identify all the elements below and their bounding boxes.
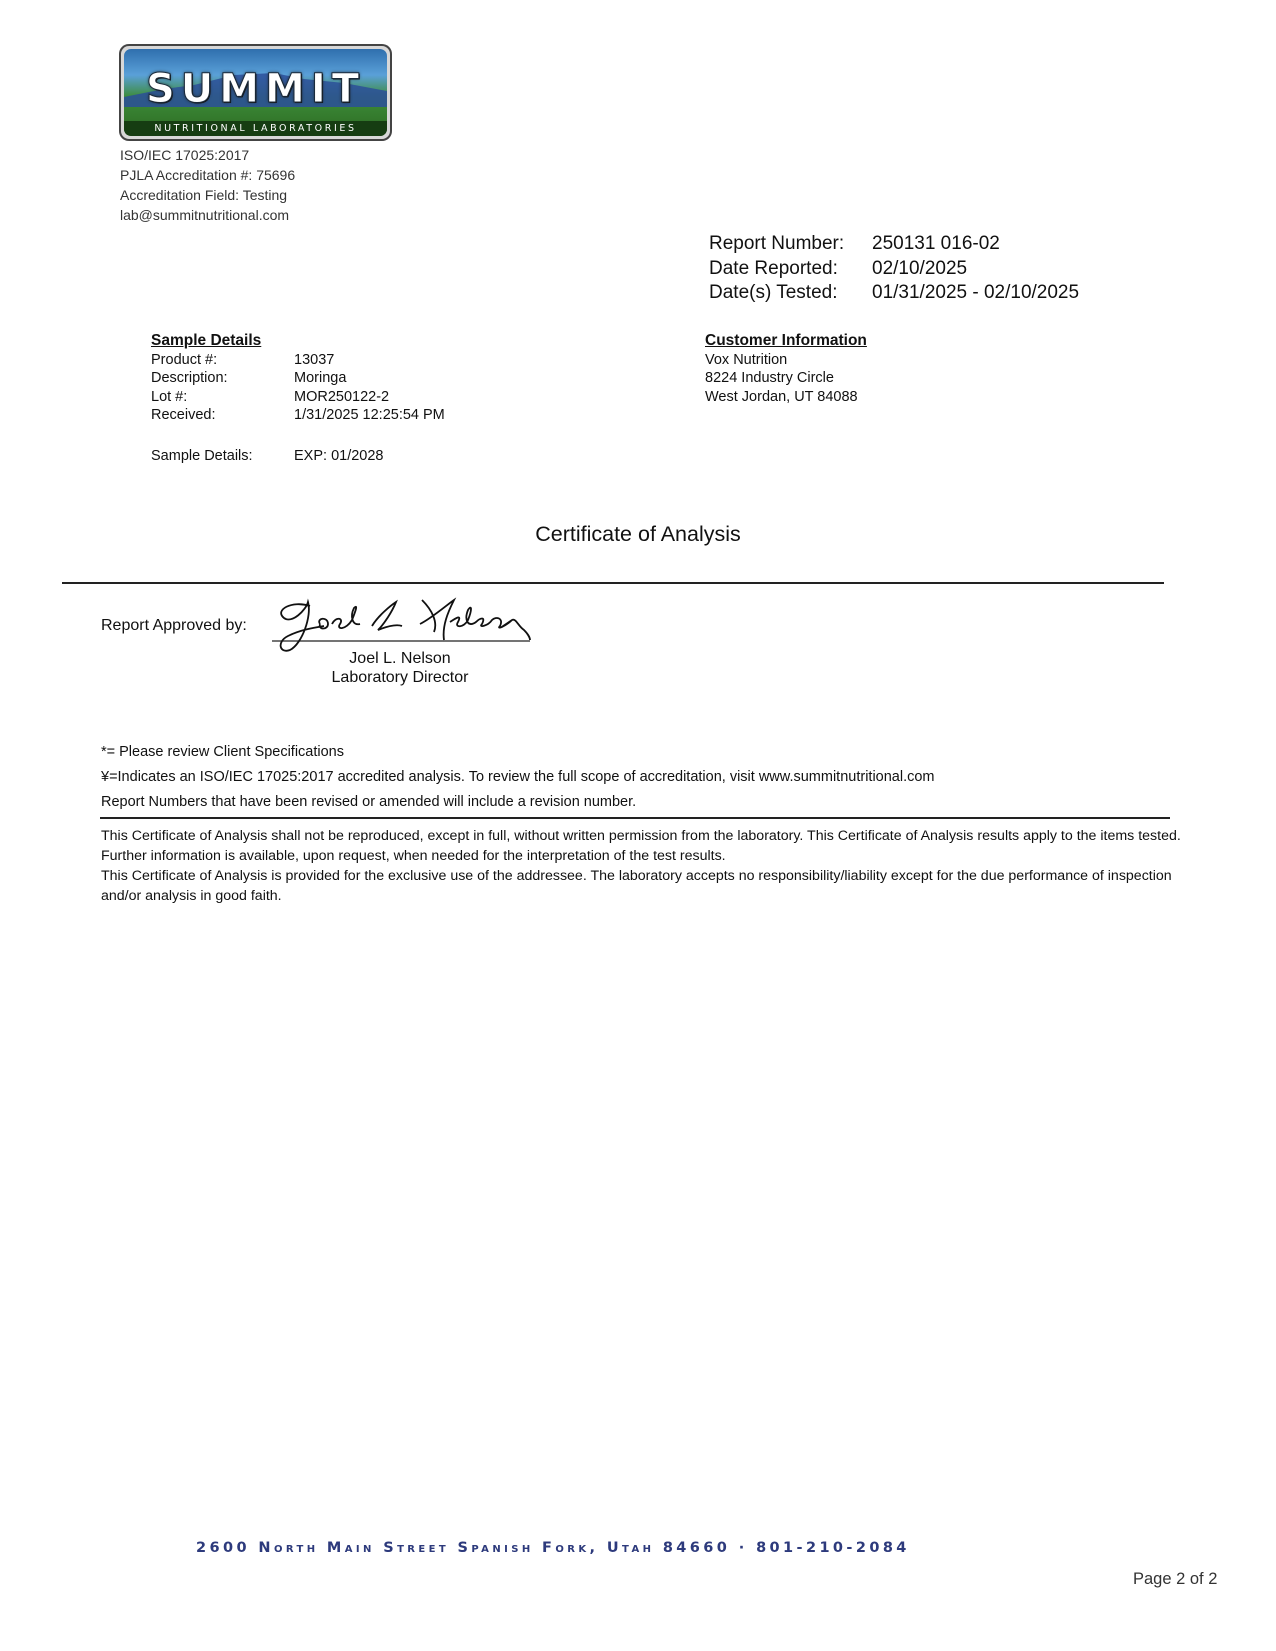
sample-details: Sample Details Product #: 13037 Descript… [151,332,445,465]
customer-name: Vox Nutrition [705,351,867,370]
notes: *= Please review Client Specifications ¥… [101,740,935,815]
disclaimer-paragraph: This Certificate of Analysis shall not b… [101,826,1181,866]
sample-extra-value: EXP: 01/2028 [294,447,384,466]
note-client-specs: *= Please review Client Specifications [101,740,935,765]
report-number-value: 250131 016-02 [872,232,1000,257]
sample-details-heading: Sample Details [151,332,445,351]
note-revisions: Report Numbers that have been revised or… [101,790,935,815]
customer-heading: Customer Information [705,332,867,351]
sample-label: Description: [151,369,294,388]
report-number-row: Report Number: 250131 016-02 [709,232,1079,257]
sample-label: Product #: [151,351,294,370]
note-accreditation: ¥=Indicates an ISO/IEC 17025:2017 accred… [101,765,935,790]
logo-wordmark: SUMMIT [124,66,387,112]
date-reported-value: 02/10/2025 [872,257,967,282]
signature-icon [272,596,532,654]
signer-role: Laboratory Director [300,669,500,688]
signer-name: Joel L. Nelson [300,650,500,669]
footer-address: 2600 North Main Street Spanish Fork, Uta… [196,1540,910,1556]
sample-label: Received: [151,406,294,425]
date-reported-label: Date Reported: [709,257,872,282]
date-reported-row: Date Reported: 02/10/2025 [709,257,1079,282]
report-number-label: Report Number: [709,232,872,257]
customer-street: 8224 Industry Circle [705,369,867,388]
summit-logo: SUMMIT NUTRITIONAL LABORATORIES [119,44,392,141]
lab-info-line: ISO/IEC 17025:2017 [120,145,295,165]
sample-row: Lot #: MOR250122-2 [151,388,445,407]
lab-info-line: PJLA Accreditation #: 75696 [120,165,295,185]
logo-panel: SUMMIT NUTRITIONAL LABORATORIES [124,49,387,136]
lab-info-line: Accreditation Field: Testing [120,185,295,205]
sample-value: MOR250122-2 [294,388,389,407]
sample-row: Description: Moringa [151,369,445,388]
approved-by-label: Report Approved by: [101,617,247,635]
customer-information: Customer Information Vox Nutrition 8224 … [705,332,867,406]
sample-extra-row: Sample Details: EXP: 01/2028 [151,447,445,466]
divider [100,817,1170,819]
dates-tested-label: Date(s) Tested: [709,281,872,306]
lab-email: lab@summitnutritional.com [120,205,295,225]
document-title: Certificate of Analysis [0,522,1276,547]
page-number: Page 2 of 2 [1133,1570,1217,1589]
sample-row: Product #: 13037 [151,351,445,370]
report-meta: Report Number: 250131 016-02 Date Report… [709,232,1079,306]
dates-tested-row: Date(s) Tested: 01/31/2025 - 02/10/2025 [709,281,1079,306]
logo-subtitle: NUTRITIONAL LABORATORIES [124,121,387,136]
disclaimer-paragraph: This Certificate of Analysis is provided… [101,866,1181,906]
sample-extra-label: Sample Details: [151,447,294,466]
sample-row: Received: 1/31/2025 12:25:54 PM [151,406,445,425]
disclaimer: This Certificate of Analysis shall not b… [101,826,1181,906]
sample-value: Moringa [294,369,346,388]
lab-accreditation-info: ISO/IEC 17025:2017 PJLA Accreditation #:… [120,145,295,225]
customer-city: West Jordan, UT 84088 [705,388,867,407]
sample-label: Lot #: [151,388,294,407]
dates-tested-value: 01/31/2025 - 02/10/2025 [872,281,1079,306]
sample-value: 13037 [294,351,334,370]
signer-block: Joel L. Nelson Laboratory Director [300,650,500,687]
divider [62,582,1164,584]
sample-value: 1/31/2025 12:25:54 PM [294,406,445,425]
